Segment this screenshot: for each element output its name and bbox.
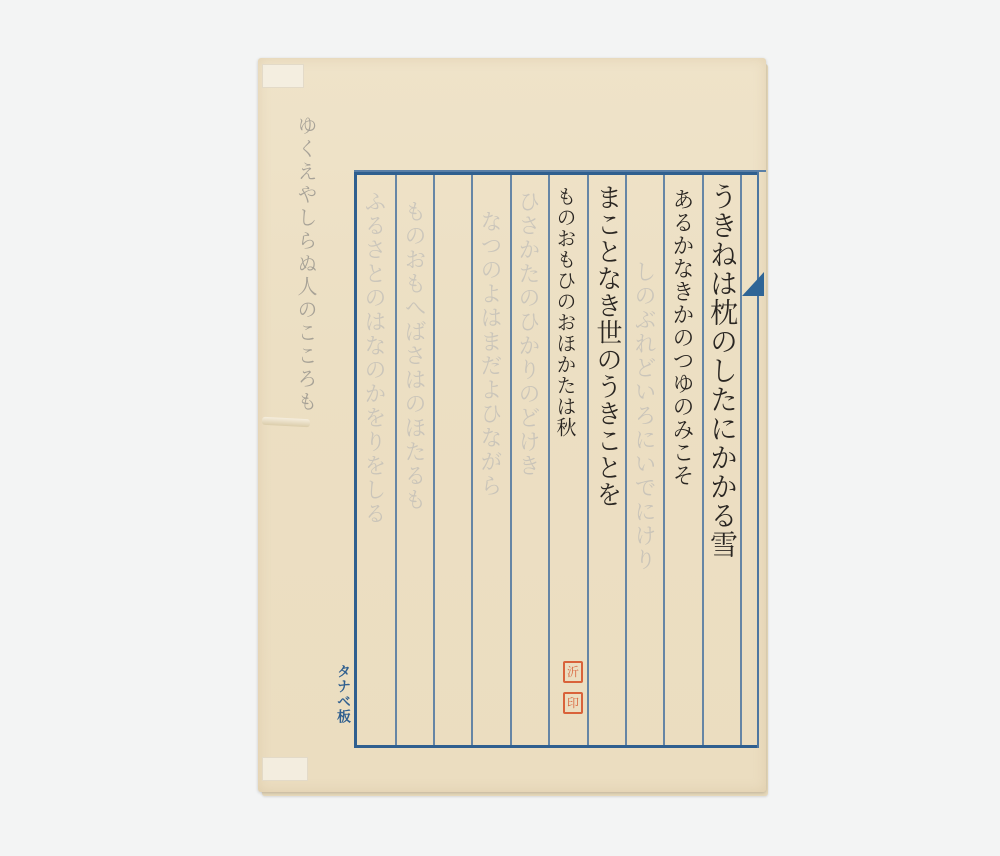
calligraphy-column-3: まことなき世のうきことを [594, 184, 620, 508]
show-through-text: ふるさとのはなのかをりをしる [362, 190, 384, 526]
show-through-text: ひさかたのひかりのどけき [516, 190, 538, 478]
column-rule [740, 175, 742, 745]
column-rule [702, 175, 704, 745]
frame-right-rule [757, 172, 759, 748]
calligraphy-column-4: ものおもひのおほかたは秋 [555, 186, 575, 438]
paper-tape-bottom [262, 757, 308, 781]
column-rule [663, 175, 665, 745]
column-rule [433, 175, 435, 745]
paper-tape-top [262, 64, 304, 88]
calligraphy-column-1: うきねは枕のしたにかかる雪 [708, 182, 736, 559]
margin-printer-note: タナベ板 [333, 664, 353, 724]
red-seal-bottom: 印 [563, 692, 583, 714]
show-through-text: しのぶれどいろにいでにけり [632, 260, 654, 572]
column-rule [510, 175, 512, 745]
show-through-text: なつのよはまだよひながら [478, 210, 500, 498]
column-rule [395, 175, 397, 745]
calligraphy-column-2: あるかなきかのつゆのみこそ [670, 188, 692, 487]
column-rule [587, 175, 589, 745]
show-through-text: ものおもへばさはのほたるも [402, 200, 424, 512]
red-seal-top: 沂 [563, 661, 583, 683]
column-rule [471, 175, 473, 745]
column-rule [625, 175, 627, 745]
pencil-margin-note: ゆくえやしらぬ人のこころも [292, 115, 321, 414]
column-rule [548, 175, 550, 745]
